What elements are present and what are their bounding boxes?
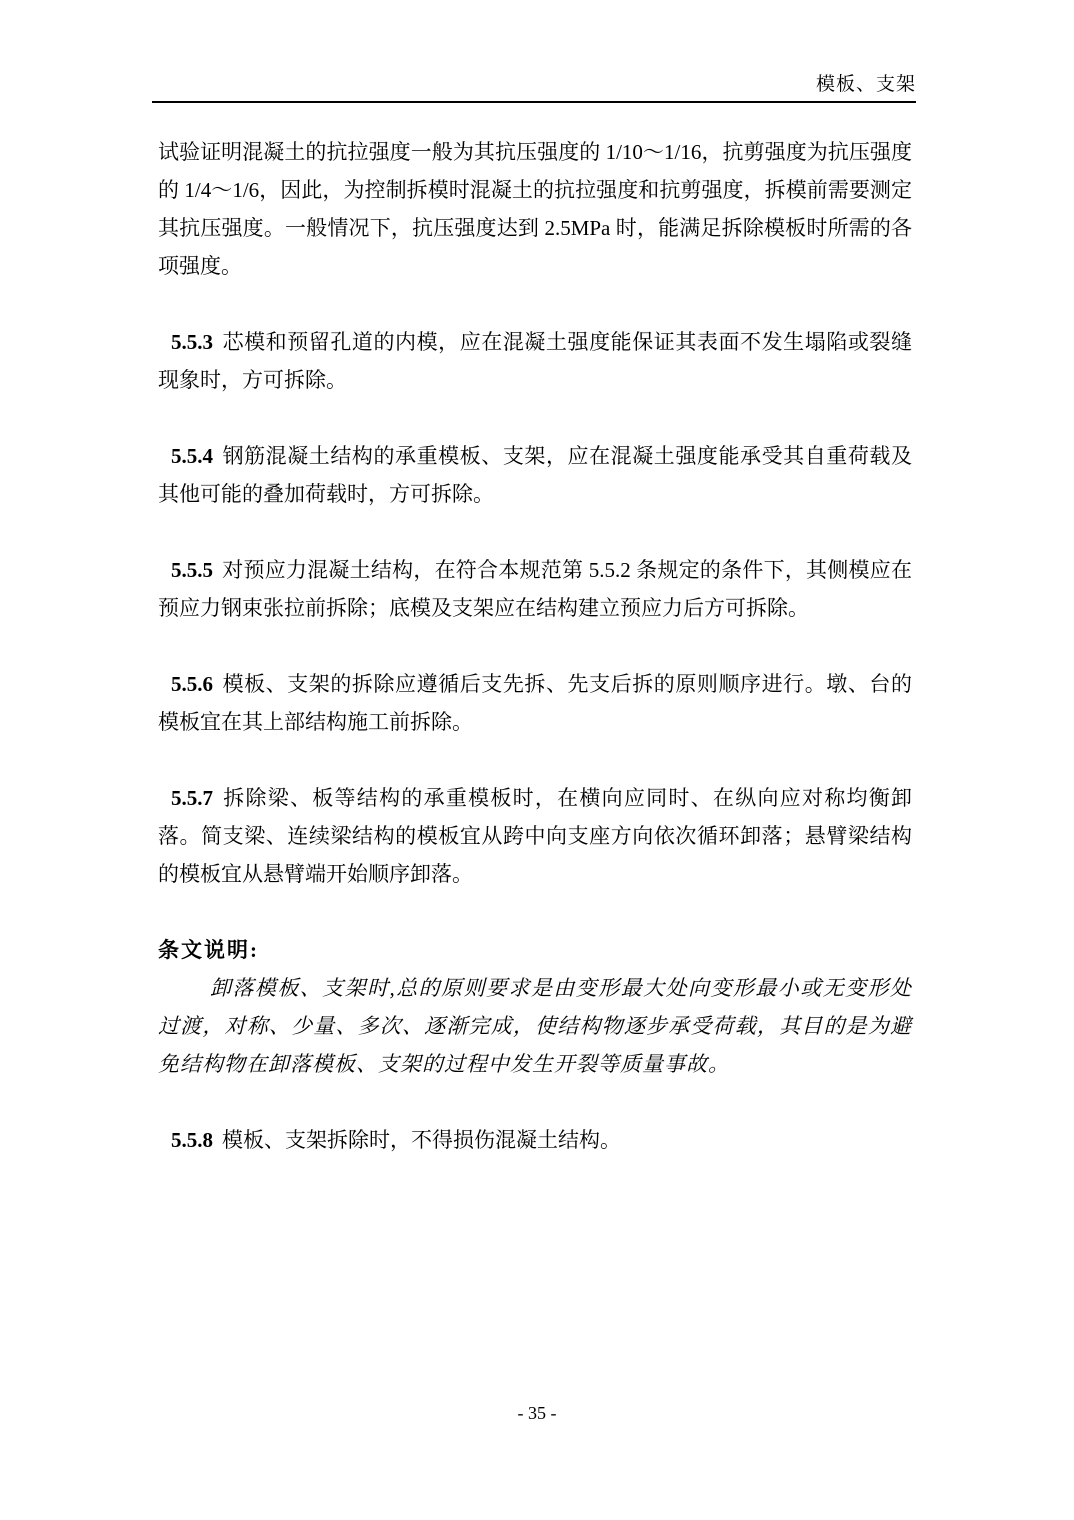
commentary-paragraph: 卸落模板、支架时,总的原则要求是由变形最大处向变形最小或无变形处过渡，对称、少量…	[158, 969, 912, 1083]
clause-text: 芯模和预留孔道的内模，应在混凝土强度能保证其表面不发生塌陷或裂缝现象时，方可拆除…	[158, 330, 912, 392]
clause-text: 拆除梁、板等结构的承重模板时，在横向应同时、在纵向应对称均衡卸落。简支梁、连续梁…	[158, 786, 912, 886]
clause-number: 5.5.6	[171, 672, 213, 696]
clause-number: 5.5.5	[171, 558, 213, 582]
clause-number: 5.5.8	[171, 1128, 213, 1152]
running-header: 模板、支架	[152, 74, 916, 103]
clause-5-5-7: 5.5.7拆除梁、板等结构的承重模板时，在横向应同时、在纵向应对称均衡卸落。简支…	[158, 779, 912, 893]
clause-5-5-3: 5.5.3芯模和预留孔道的内模，应在混凝土强度能保证其表面不发生塌陷或裂缝现象时…	[158, 323, 912, 399]
clause-5-5-5: 5.5.5对预应力混凝土结构，在符合本规范第 5.5.2 条规定的条件下，其侧模…	[158, 551, 912, 627]
clause-number: 5.5.4	[171, 444, 213, 468]
document-page: 模板、支架 试验证明混凝土的抗拉强度一般为其抗压强度的 1/10～1/16，抗剪…	[0, 0, 1074, 1520]
clause-text: 对预应力混凝土结构，在符合本规范第 5.5.2 条规定的条件下，其侧模应在预应力…	[158, 558, 912, 620]
clause-text: 钢筋混凝土结构的承重模板、支架，应在混凝土强度能承受其自重荷载及其他可能的叠加荷…	[158, 444, 912, 506]
clause-5-5-4: 5.5.4钢筋混凝土结构的承重模板、支架，应在混凝土强度能承受其自重荷载及其他可…	[158, 437, 912, 513]
commentary-heading: 条文说明:	[158, 931, 912, 969]
clause-text: 模板、支架拆除时，不得损伤混凝土结构。	[222, 1128, 621, 1152]
clause-number: 5.5.3	[171, 330, 213, 354]
clause-number: 5.5.7	[171, 786, 213, 810]
page-number: - 35 -	[518, 1403, 557, 1423]
clause-text: 模板、支架的拆除应遵循后支先拆、先支后拆的原则顺序进行。墩、台的模板宜在其上部结…	[158, 672, 912, 734]
intro-paragraph: 试验证明混凝土的抗拉强度一般为其抗压强度的 1/10～1/16，抗剪强度为抗压强…	[158, 133, 912, 285]
clause-5-5-6: 5.5.6模板、支架的拆除应遵循后支先拆、先支后拆的原则顺序进行。墩、台的模板宜…	[158, 665, 912, 741]
header-title: 模板、支架	[816, 74, 916, 95]
clause-5-5-8: 5.5.8模板、支架拆除时，不得损伤混凝土结构。	[158, 1121, 912, 1159]
page-content: 试验证明混凝土的抗拉强度一般为其抗压强度的 1/10～1/16，抗剪强度为抗压强…	[158, 133, 912, 1197]
page-footer: - 35 -	[0, 1402, 1074, 1424]
